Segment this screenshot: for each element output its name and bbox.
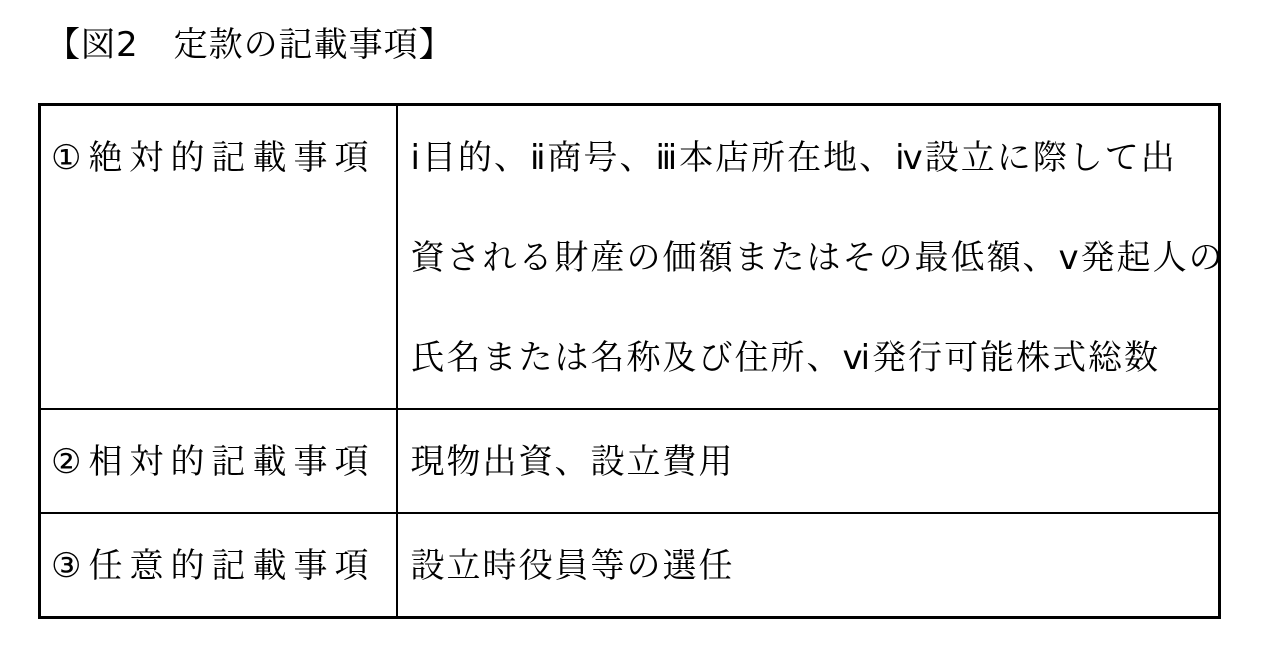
row-content-cell: 現物出資、設立費用 bbox=[397, 409, 1220, 513]
table-row-relative-items: ②相対的記載事項 現物出資、設立費用 bbox=[40, 409, 1220, 513]
table-row-optional-items: ③任意的記載事項 設立時役員等の選任 bbox=[40, 513, 1220, 618]
row-label: ②相対的記載事項 bbox=[51, 442, 375, 482]
row-label-cell: ③任意的記載事項 bbox=[40, 513, 397, 618]
row-label-cell: ①絶対的記載事項 bbox=[40, 105, 397, 410]
content-line: 資される財産の価額またはその最低額、ⅴ発起人の bbox=[411, 208, 1219, 308]
document-page: 【図2 定款の記載事項】 ①絶対的記載事項 ⅰ目的、ⅱ商号、ⅲ本店所在地、ⅳ設立… bbox=[0, 0, 1262, 652]
figure-title: 【図2 定款の記載事項】 bbox=[46, 26, 454, 64]
row-content-cell: ⅰ目的、ⅱ商号、ⅲ本店所在地、ⅳ設立に際して出 資される財産の価額またはその最低… bbox=[397, 105, 1220, 410]
row-label: ③任意的記載事項 bbox=[51, 546, 375, 586]
row-content-cell: 設立時役員等の選任 bbox=[397, 513, 1220, 618]
content-line: 設立時役員等の選任 bbox=[411, 516, 1219, 616]
articles-of-incorporation-table: ①絶対的記載事項 ⅰ目的、ⅱ商号、ⅲ本店所在地、ⅳ設立に際して出 資される財産の… bbox=[38, 103, 1221, 619]
content-line: 現物出資、設立費用 bbox=[411, 412, 1219, 512]
row-label: ①絶対的記載事項 bbox=[51, 138, 375, 178]
content-line: 氏名または名称及び住所、ⅵ発行可能株式総数 bbox=[411, 308, 1219, 408]
row-label-cell: ②相対的記載事項 bbox=[40, 409, 397, 513]
table-row-absolute-items: ①絶対的記載事項 ⅰ目的、ⅱ商号、ⅲ本店所在地、ⅳ設立に際して出 資される財産の… bbox=[40, 105, 1220, 410]
content-line: ⅰ目的、ⅱ商号、ⅲ本店所在地、ⅳ設立に際して出 bbox=[411, 108, 1219, 208]
